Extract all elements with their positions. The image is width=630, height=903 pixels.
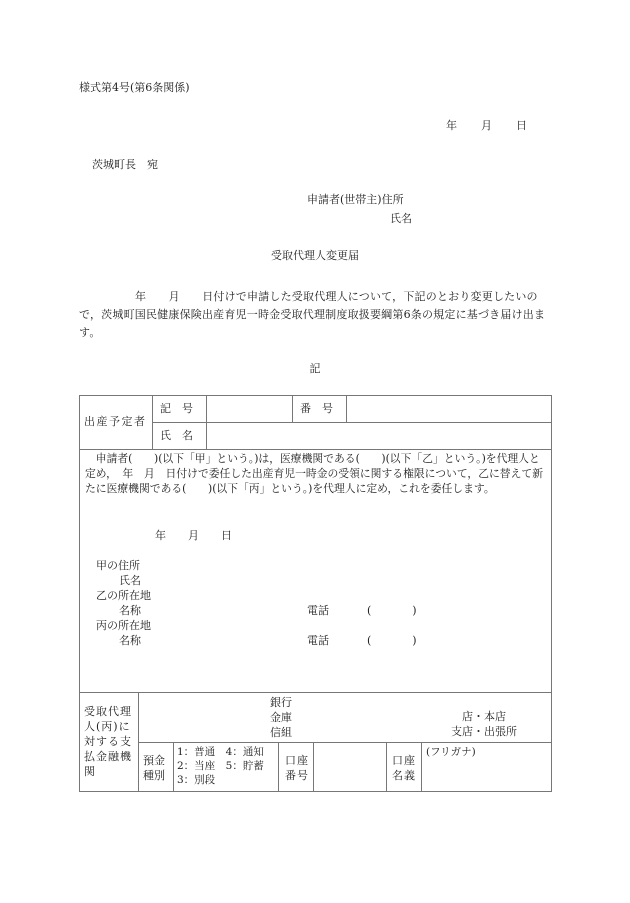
account-number-label: 口座番号	[285, 753, 309, 783]
date-month-label: 月	[481, 119, 492, 133]
kou-name-label: 氏名	[119, 574, 141, 588]
delegation-paragraph: 申請者( )(以下「甲」という。)は，医療機関である( )(以下「乙」という。)…	[85, 451, 547, 496]
otsu-phone-field[interactable]: ( )	[367, 604, 419, 618]
applicant-name-label: 氏名	[390, 212, 412, 226]
divider	[278, 742, 279, 791]
kou-address-label: 甲の住所	[96, 559, 140, 573]
divider	[80, 692, 551, 693]
deposit-option-2[interactable]: 2：当座 5：貯蓄	[177, 759, 264, 773]
hei-name-label: 名称	[119, 634, 141, 648]
otsu-location-label: 乙の所在地	[96, 589, 151, 603]
symbol-field[interactable]	[210, 402, 290, 418]
divider	[421, 742, 422, 791]
hei-phone-label: 電話	[307, 634, 329, 648]
divider	[292, 396, 293, 422]
furigana-label[interactable]: (フリガナ)	[426, 745, 476, 759]
number-field[interactable]	[350, 402, 545, 418]
delegation-date: 年 月 日	[155, 529, 232, 543]
divider	[313, 742, 314, 791]
number-label: 番 号	[300, 402, 333, 416]
divider	[138, 742, 551, 743]
divider	[386, 742, 387, 791]
date-year-label: 年	[446, 119, 457, 133]
divider	[173, 742, 174, 791]
ki-heading: 記	[0, 362, 630, 376]
form-table: 出産予定者 記 号 番 号 氏 名 申請者( )(以下「甲」という。)は，医療機…	[79, 395, 552, 792]
hei-location-label: 丙の所在地	[96, 619, 151, 633]
name-field[interactable]	[210, 429, 545, 445]
bank-type-shinkumi: 信組	[270, 726, 292, 740]
submission-date: 年月日	[446, 119, 527, 133]
account-number-field[interactable]	[317, 748, 383, 786]
branch-type-main: 店・本店	[462, 710, 506, 724]
bank-type-shinkin: 金庫	[270, 711, 292, 725]
divider	[206, 396, 207, 449]
deposit-option-3[interactable]: 3：別段	[177, 773, 215, 787]
divider	[152, 422, 551, 423]
divider	[152, 396, 153, 449]
otsu-name-label: 名称	[119, 604, 141, 618]
hei-phone-field[interactable]: ( )	[367, 634, 419, 648]
intro-paragraph: 年 月 日付けで申請した受取代理人について，下記のとおり変更したいので，茨城町国…	[79, 288, 555, 342]
otsu-phone-label: 電話	[307, 604, 329, 618]
divider	[346, 396, 347, 422]
addressee: 茨城町長 宛	[92, 158, 158, 172]
form-number: 様式第4号(第6条関係)	[79, 81, 190, 95]
expected-mother-label: 出産予定者	[84, 415, 147, 429]
applicant-address-label: 申請者(世帯主)住所	[307, 193, 404, 207]
bank-section-label: 受取代理人(丙)に対する支払金融機関	[84, 704, 136, 779]
account-holder-label: 口座名義	[392, 753, 416, 783]
deposit-option-1[interactable]: 1：普通 4：通知	[177, 745, 264, 759]
date-day-label: 日	[516, 119, 527, 133]
document-title: 受取代理人変更届	[0, 249, 630, 263]
symbol-label: 記 号	[160, 402, 193, 416]
divider	[80, 449, 551, 450]
name-label: 氏 名	[160, 429, 193, 443]
deposit-type-label: 預金種別	[143, 753, 173, 783]
branch-type-branch: 支店・出張所	[451, 725, 517, 739]
bank-type-bank: 銀行	[270, 696, 292, 710]
